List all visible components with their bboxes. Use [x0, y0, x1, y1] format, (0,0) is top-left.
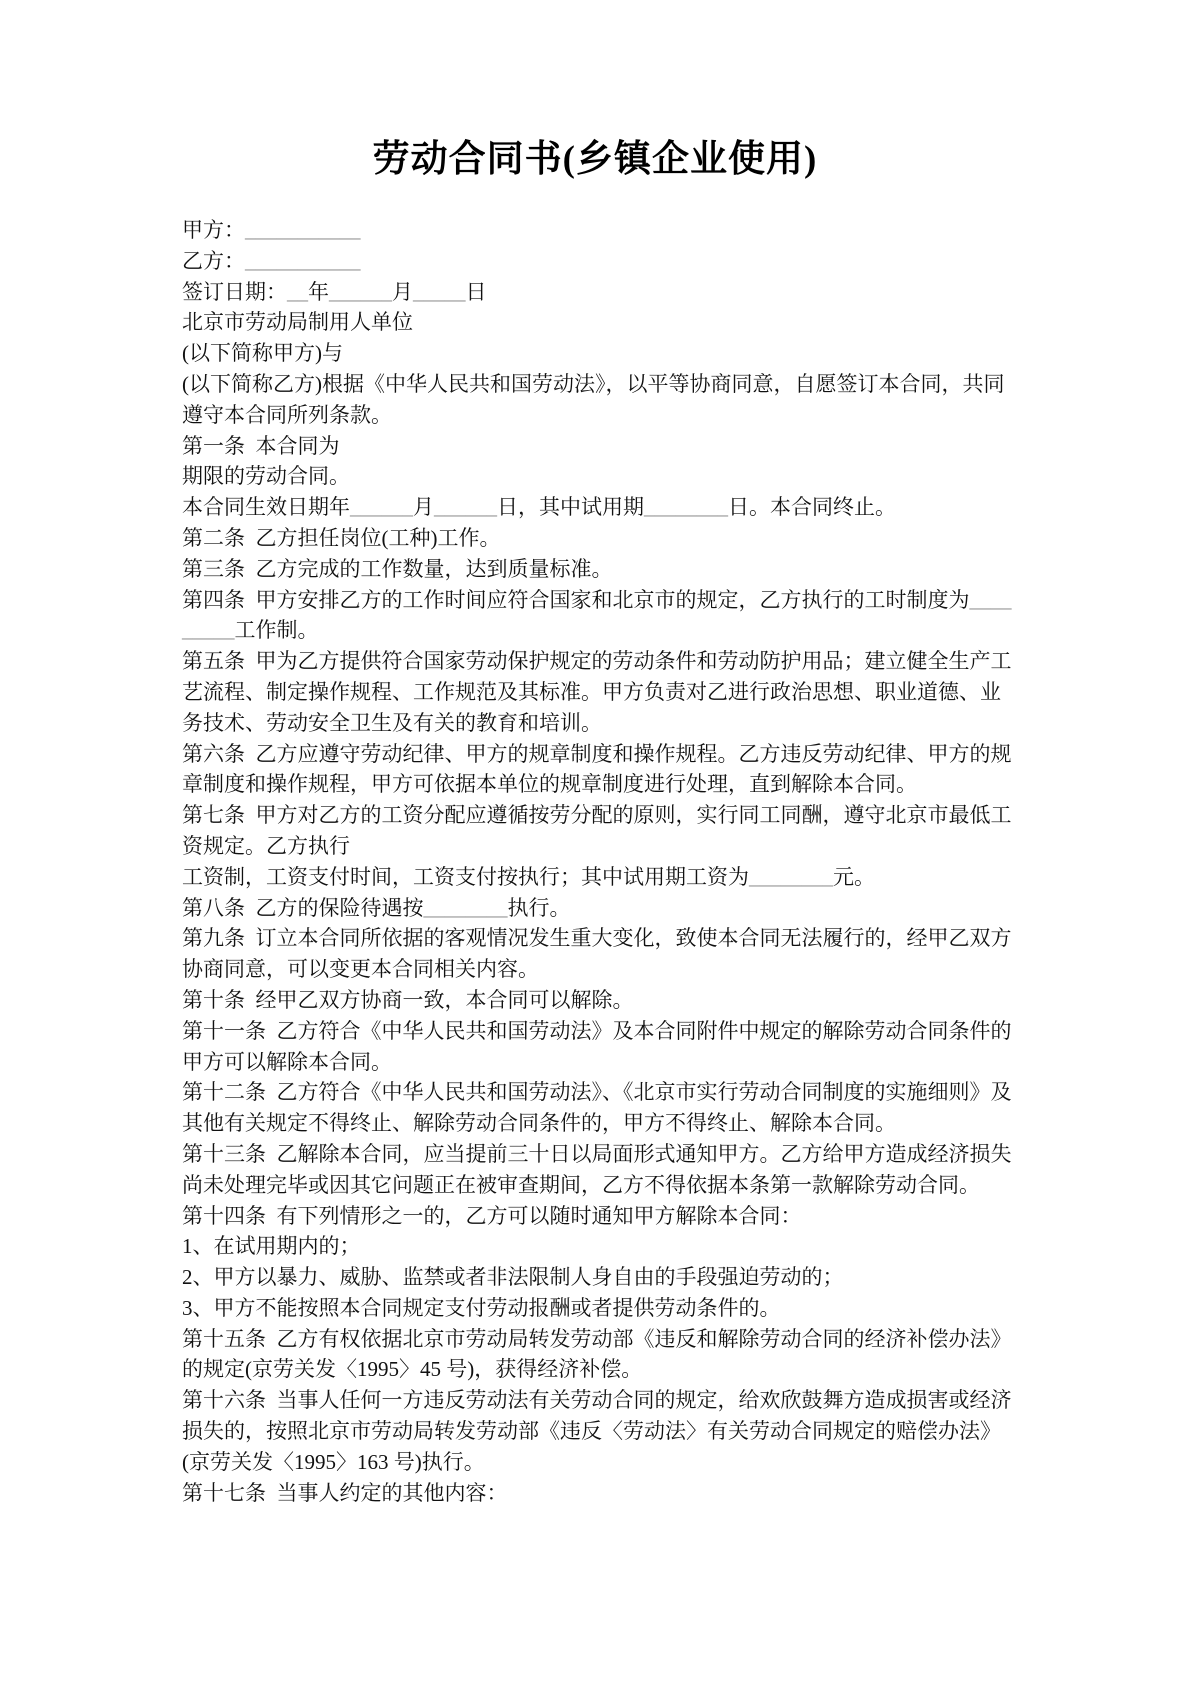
contract-paragraph-6: (以下简称乙方)根据《中华人民共和国劳动法》，以平等协商同意，自愿签订本合同，共… — [182, 369, 1013, 431]
contract-paragraph-29: 第十七条 当事人约定的其他内容： — [182, 1478, 1013, 1509]
contract-paragraph-4: 北京市劳动局制用人单位 — [182, 307, 1013, 338]
contract-document-body: 甲方：___________乙方：___________签订日期：__年____… — [182, 215, 1013, 1508]
contract-paragraph-23: 第十四条 有下列情形之一的，乙方可以随时通知甲方解除本合同： — [182, 1201, 1013, 1232]
contract-paragraph-14: 第六条 乙方应遵守劳动纪律、甲方的规章制度和操作规程。乙方违反劳动纪律、甲方的规… — [182, 739, 1013, 801]
blank-field: ________ — [424, 896, 508, 920]
blank-field: ______ — [329, 280, 392, 304]
contract-paragraph-24: 1、在试用期内的； — [182, 1231, 1013, 1262]
contract-paragraph-26: 3、甲方不能按照本合同规定支付劳动报酬或者提供劳动条件的。 — [182, 1293, 1013, 1324]
contract-paragraph-18: 第九条 订立本合同所依据的客观情况发生重大变化，致使本合同无法履行的，经甲乙双方… — [182, 923, 1013, 985]
document-header: 劳动合同书(乡镇企业使用) — [0, 0, 1190, 182]
contract-paragraph-20: 第十一条 乙方符合《中华人民共和国劳动法》及本合同附件中规定的解除劳动合同条件的… — [182, 1016, 1013, 1078]
contract-paragraph-13: 第五条 甲为乙方提供符合国家劳动保护规定的劳动条件和劳动防护用品；建立健全生产工… — [182, 646, 1013, 738]
contract-paragraph-17: 第八条 乙方的保险待遇按________执行。 — [182, 893, 1013, 924]
blank-field: ___________ — [245, 249, 361, 273]
contract-paragraph-2: 乙方：___________ — [182, 246, 1013, 277]
contract-paragraph-25: 2、甲方以暴力、威胁、监禁或者非法限制人身自由的手段强迫劳动的； — [182, 1262, 1013, 1293]
contract-paragraph-12: 第四条 甲方安排乙方的工作时间应符合国家和北京市的规定，乙方执行的工时制度为__… — [182, 585, 1013, 647]
blank-field: __ — [287, 280, 308, 304]
contract-paragraph-16: 工资制，工资支付时间，工资支付按执行；其中试用期工资为________元。 — [182, 862, 1013, 893]
contract-paragraph-7: 第一条 本合同为 — [182, 431, 1013, 462]
contract-paragraph-1: 甲方：___________ — [182, 215, 1013, 246]
blank-field: ______ — [434, 495, 497, 519]
blank-field: ________ — [644, 495, 728, 519]
contract-paragraph-22: 第十三条 乙解除本合同，应当提前三十日以局面形式通知甲方。乙方给甲方造成经济损失… — [182, 1139, 1013, 1201]
blank-field: ___________ — [245, 218, 361, 242]
document-title: 劳动合同书(乡镇企业使用) — [0, 138, 1190, 182]
contract-paragraph-19: 第十条 经甲乙双方协商一致，本合同可以解除。 — [182, 985, 1013, 1016]
contract-paragraph-11: 第三条 乙方完成的工作数量，达到质量标准。 — [182, 554, 1013, 585]
contract-paragraph-8: 期限的劳动合同。 — [182, 461, 1013, 492]
contract-paragraph-21: 第十二条 乙方符合《中华人民共和国劳动法》、《北京市实行劳动合同制度的实施细则》… — [182, 1077, 1013, 1139]
blank-field: _____ — [413, 280, 466, 304]
contract-paragraph-3: 签订日期：__年______月_____日 — [182, 277, 1013, 308]
blank-field: ______ — [350, 495, 413, 519]
contract-paragraph-27: 第十五条 乙方有权依据北京市劳动局转发劳动部《违反和解除劳动合同的经济补偿办法》… — [182, 1324, 1013, 1386]
document-page: 劳动合同书(乡镇企业使用) 甲方：___________乙方：_________… — [0, 0, 1190, 1683]
contract-paragraph-15: 第七条 甲方对乙方的工资分配应遵循按劳分配的原则，实行同工同酬，遵守北京市最低工… — [182, 800, 1013, 862]
contract-paragraph-5: (以下简称甲方)与 — [182, 338, 1013, 369]
contract-paragraph-28: 第十六条 当事人任何一方违反劳动法有关劳动合同的规定，给欢欣鼓舞方造成损害或经济… — [182, 1385, 1013, 1477]
blank-field: ________ — [749, 865, 833, 889]
blank-field: _________ — [182, 588, 1012, 643]
contract-paragraph-9: 本合同生效日期年______月______日，其中试用期________日。本合… — [182, 492, 1013, 523]
contract-paragraph-10: 第二条 乙方担任岗位(工种)工作。 — [182, 523, 1013, 554]
